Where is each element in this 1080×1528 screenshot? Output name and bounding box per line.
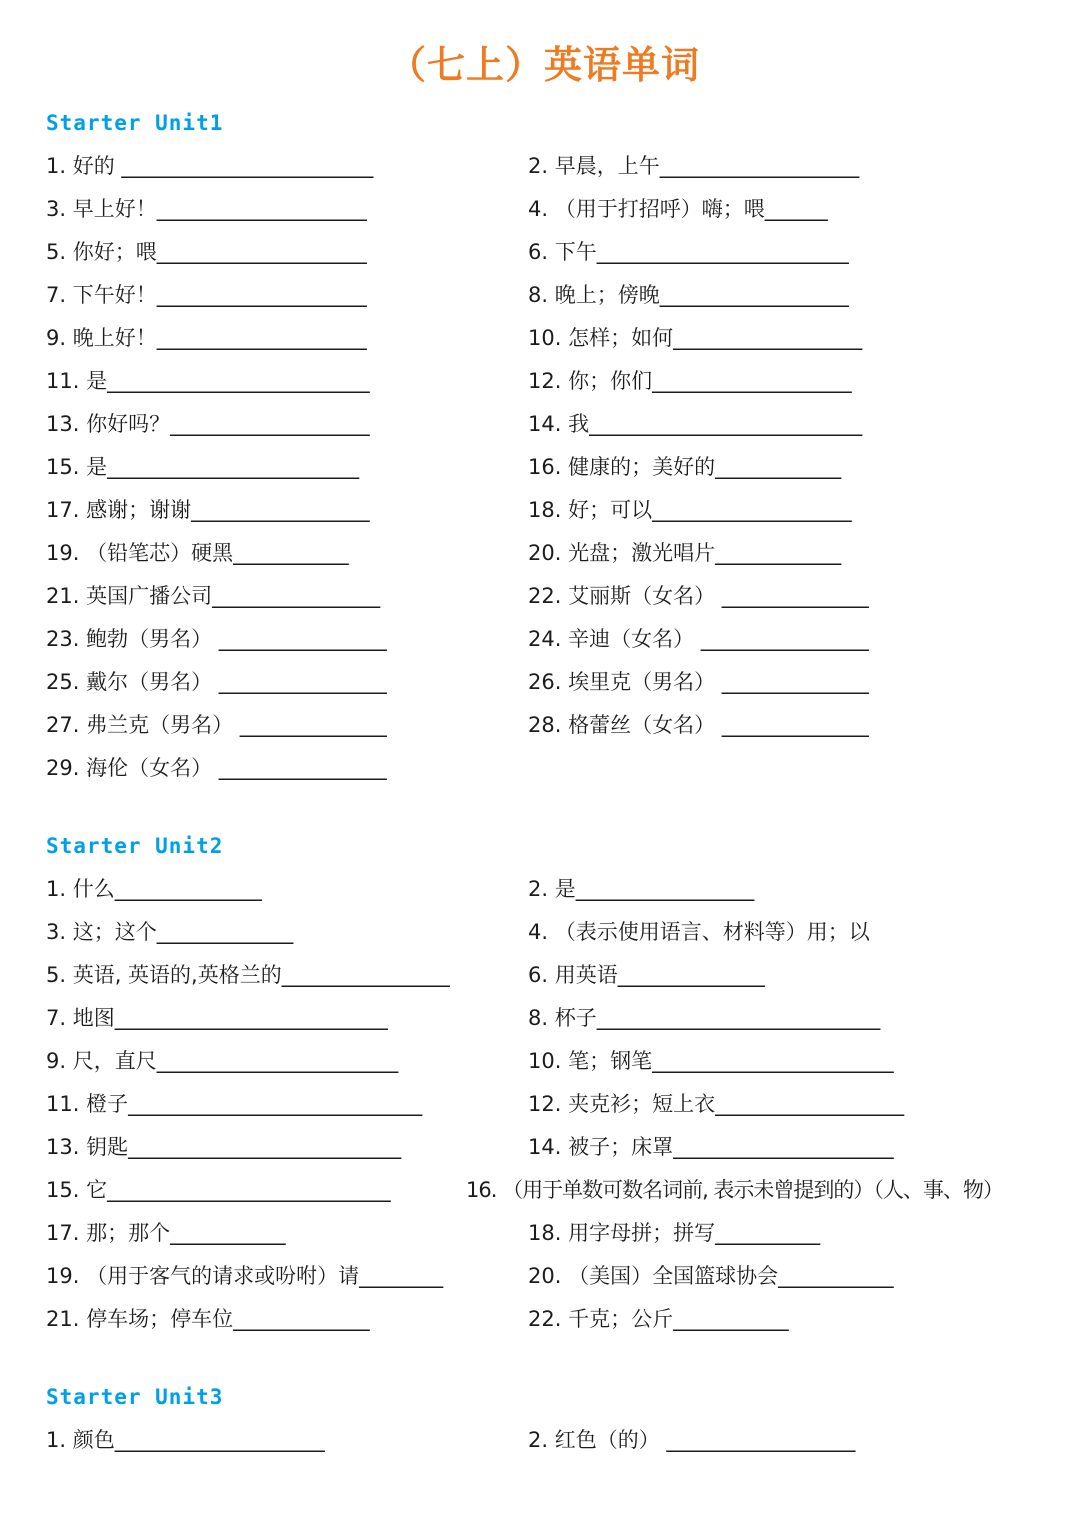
- vocab-item: 27. 弗兰克（男名） ______________: [46, 703, 528, 746]
- vocab-item: 14. 我__________________________: [528, 402, 1042, 445]
- vocab-item-text: 1. 什么______________: [46, 873, 262, 903]
- vocab-item: 5. 你好；喂____________________: [46, 230, 528, 273]
- vocab-item: 19. （用于客气的请求或吩咐）请________: [46, 1254, 528, 1297]
- vocab-section: Starter Unit3 1. 颜色____________________ …: [46, 1384, 1042, 1461]
- vocab-item: 16. 健康的；美好的____________: [528, 445, 1042, 488]
- vocab-item-text: 15. 是________________________: [46, 451, 359, 481]
- vocab-item-text: 16. 健康的；美好的____________: [528, 451, 841, 481]
- vocab-item-text: 10. 笔；钢笔_______________________: [528, 1045, 894, 1075]
- vocab-item-text: 9. 尺，直尺_______________________: [46, 1045, 398, 1075]
- vocab-item-text: 8. 晚上；傍晚__________________: [528, 279, 849, 309]
- section-items: 1. 颜色____________________ 2. 红色（的） _____…: [46, 1418, 1042, 1461]
- vocab-item: 2. 红色（的） __________________: [528, 1418, 1042, 1461]
- vocab-item-text: 10. 怎样；如何__________________: [528, 322, 862, 352]
- vocab-item-text: 22. 千克；公斤___________: [528, 1303, 789, 1333]
- vocab-item-text: 19. （用于客气的请求或吩咐）请________: [46, 1260, 443, 1290]
- vocab-item-text: 5. 你好；喂____________________: [46, 236, 367, 266]
- vocab-item-text: 9. 晚上好！____________________: [46, 322, 367, 352]
- vocab-item: 18. 用字母拼；拼写__________: [528, 1211, 1042, 1254]
- vocab-item: 22. 艾丽斯（女名） ______________: [528, 574, 1042, 617]
- vocab-item-text: 2. 是_________________: [528, 873, 754, 903]
- vocab-item-text: 17. 感谢；谢谢_________________: [46, 494, 370, 524]
- vocab-item-text: 14. 被子；床罩_____________________: [528, 1131, 894, 1161]
- vocab-item-text: 3. 早上好！____________________: [46, 193, 367, 223]
- vocab-item: 23. 鲍勃（男名） ________________: [46, 617, 528, 660]
- vocab-item: 26. 埃里克（男名） ______________: [528, 660, 1042, 703]
- vocab-item-text: 6. 下午________________________: [528, 236, 849, 266]
- vocab-item: 4. （用于打招呼）嗨；喂______: [528, 187, 1042, 230]
- vocab-section: Starter Unit1 1. 好的 ____________________…: [46, 110, 1042, 789]
- vocab-item-text: 23. 鲍勃（男名） ________________: [46, 623, 387, 653]
- vocab-item-text: 18. 用字母拼；拼写__________: [528, 1217, 820, 1247]
- vocab-item-text: 8. 杯子___________________________: [528, 1002, 880, 1032]
- vocab-item: 3. 这；这个_____________: [46, 910, 528, 953]
- vocab-item-text: 11. 是_________________________: [46, 365, 370, 395]
- vocab-item: 12. 你；你们___________________: [528, 359, 1042, 402]
- vocab-item: 13. 钥匙__________________________: [46, 1125, 528, 1168]
- vocab-item-text: 17. 那；那个___________: [46, 1217, 286, 1247]
- vocab-item-text: 28. 格蕾丝（女名） ______________: [528, 709, 869, 739]
- vocab-item-text: 16. （用于单数可数名词前, 表示未曾提到的）（人、事、物）: [466, 1174, 1003, 1204]
- vocab-item: 13. 你好吗？___________________: [46, 402, 528, 445]
- vocab-item-text: 7. 地图__________________________: [46, 1002, 388, 1032]
- vocab-item: 22. 千克；公斤___________: [528, 1297, 1042, 1340]
- sections-container: Starter Unit1 1. 好的 ____________________…: [46, 110, 1042, 1461]
- vocab-item-text: 24. 辛迪（女名） ________________: [528, 623, 869, 653]
- vocab-item: 24. 辛迪（女名） ________________: [528, 617, 1042, 660]
- vocab-item-text: 2. 红色（的） __________________: [528, 1424, 855, 1454]
- vocab-item-text: 1. 颜色____________________: [46, 1424, 325, 1454]
- vocab-item-text: 12. 夹克衫；短上衣__________________: [528, 1088, 904, 1118]
- vocab-item-text: 1. 好的 ________________________: [46, 150, 373, 180]
- vocab-item: 11. 橙子____________________________: [46, 1082, 528, 1125]
- vocab-item: 29. 海伦（女名） ________________: [46, 746, 528, 789]
- vocab-item-text: 18. 好；可以___________________: [528, 494, 852, 524]
- vocab-item: 1. 好的 ________________________: [46, 144, 528, 187]
- vocab-item: 6. 用英语______________: [528, 953, 1042, 996]
- vocab-item: 4. （表示使用语言、材料等）用；以: [528, 910, 1042, 953]
- vocab-item: 14. 被子；床罩_____________________: [528, 1125, 1042, 1168]
- vocab-item-text: 21. 停车场；停车位_____________: [46, 1303, 370, 1333]
- vocab-item: 17. 那；那个___________: [46, 1211, 528, 1254]
- page-title: （七上）英语单词: [46, 42, 1042, 90]
- vocab-item: 21. 英国广播公司________________: [46, 574, 528, 617]
- vocab-item-text: 2. 早晨，上午___________________: [528, 150, 859, 180]
- vocab-item: 21. 停车场；停车位_____________: [46, 1297, 528, 1340]
- worksheet-page: （七上）英语单词 Starter Unit1 1. 好的 ___________…: [0, 0, 1080, 1528]
- vocab-item: 15. 是________________________: [46, 445, 528, 488]
- vocab-item-text: 20. 光盘；激光唱片____________: [528, 537, 841, 567]
- section-items: 1. 什么______________ 2. 是________________…: [46, 867, 1042, 1340]
- vocab-item-text: 22. 艾丽斯（女名） ______________: [528, 580, 869, 610]
- vocab-item: 8. 杯子___________________________: [528, 996, 1042, 1039]
- vocab-item: 12. 夹克衫；短上衣__________________: [528, 1082, 1042, 1125]
- vocab-item-text: 27. 弗兰克（男名） ______________: [46, 709, 387, 739]
- vocab-item-text: 25. 戴尔（男名） ________________: [46, 666, 387, 696]
- vocab-item: 20. 光盘；激光唱片____________: [528, 531, 1042, 574]
- vocab-item-text: 4. （用于打招呼）嗨；喂______: [528, 193, 828, 223]
- vocab-item: 28. 格蕾丝（女名） ______________: [528, 703, 1042, 746]
- section-heading: Starter Unit1: [46, 110, 1042, 136]
- vocab-item: 11. 是_________________________: [46, 359, 528, 402]
- vocab-item: 18. 好；可以___________________: [528, 488, 1042, 531]
- vocab-item: 2. 早晨，上午___________________: [528, 144, 1042, 187]
- vocab-item: 17. 感谢；谢谢_________________: [46, 488, 528, 531]
- vocab-item: 1. 颜色____________________: [46, 1418, 528, 1461]
- vocab-item: 10. 笔；钢笔_______________________: [528, 1039, 1042, 1082]
- vocab-item: 20. （美国）全国篮球协会___________: [528, 1254, 1042, 1297]
- vocab-item: 19. （铅笔芯）硬黑___________: [46, 531, 528, 574]
- vocab-section: Starter Unit2 1. 什么______________ 2. 是__…: [46, 833, 1042, 1340]
- vocab-item-text: 7. 下午好！____________________: [46, 279, 367, 309]
- vocab-item: 9. 晚上好！____________________: [46, 316, 528, 359]
- vocab-item-text: 26. 埃里克（男名） ______________: [528, 666, 869, 696]
- vocab-item-text: 29. 海伦（女名） ________________: [46, 752, 387, 782]
- vocab-item: 9. 尺，直尺_______________________: [46, 1039, 528, 1082]
- vocab-item-text: 4. （表示使用语言、材料等）用；以: [528, 916, 870, 946]
- vocab-item: 16. （用于单数可数名词前, 表示未曾提到的）（人、事、物）: [466, 1168, 1042, 1211]
- vocab-item: 5. 英语, 英语的,英格兰的________________: [46, 953, 528, 996]
- vocab-item: 7. 下午好！____________________: [46, 273, 528, 316]
- section-heading: Starter Unit2: [46, 833, 1042, 859]
- vocab-item: 3. 早上好！____________________: [46, 187, 528, 230]
- section-items: 1. 好的 ________________________ 2. 早晨，上午_…: [46, 144, 1042, 789]
- vocab-item-text: 14. 我__________________________: [528, 408, 862, 438]
- vocab-item-text: 19. （铅笔芯）硬黑___________: [46, 537, 349, 567]
- vocab-item: 6. 下午________________________: [528, 230, 1042, 273]
- vocab-item-text: 5. 英语, 英语的,英格兰的________________: [46, 959, 450, 989]
- section-heading: Starter Unit3: [46, 1384, 1042, 1410]
- vocab-item: 7. 地图__________________________: [46, 996, 528, 1039]
- vocab-item-text: 13. 钥匙__________________________: [46, 1131, 401, 1161]
- vocab-item-text: 3. 这；这个_____________: [46, 916, 293, 946]
- vocab-item: 25. 戴尔（男名） ________________: [46, 660, 528, 703]
- vocab-item: 8. 晚上；傍晚__________________: [528, 273, 1042, 316]
- vocab-item-text: 13. 你好吗？___________________: [46, 408, 370, 438]
- vocab-item-text: 20. （美国）全国篮球协会___________: [528, 1260, 894, 1290]
- vocab-item-text: 6. 用英语______________: [528, 959, 765, 989]
- vocab-item-text: 15. 它___________________________: [46, 1174, 391, 1204]
- vocab-item: 15. 它___________________________: [46, 1168, 528, 1211]
- vocab-item: 1. 什么______________: [46, 867, 528, 910]
- vocab-item: 2. 是_________________: [528, 867, 1042, 910]
- vocab-item-text: 21. 英国广播公司________________: [46, 580, 380, 610]
- vocab-item-text: 11. 橙子____________________________: [46, 1088, 422, 1118]
- vocab-item: 10. 怎样；如何__________________: [528, 316, 1042, 359]
- vocab-item-text: 12. 你；你们___________________: [528, 365, 852, 395]
